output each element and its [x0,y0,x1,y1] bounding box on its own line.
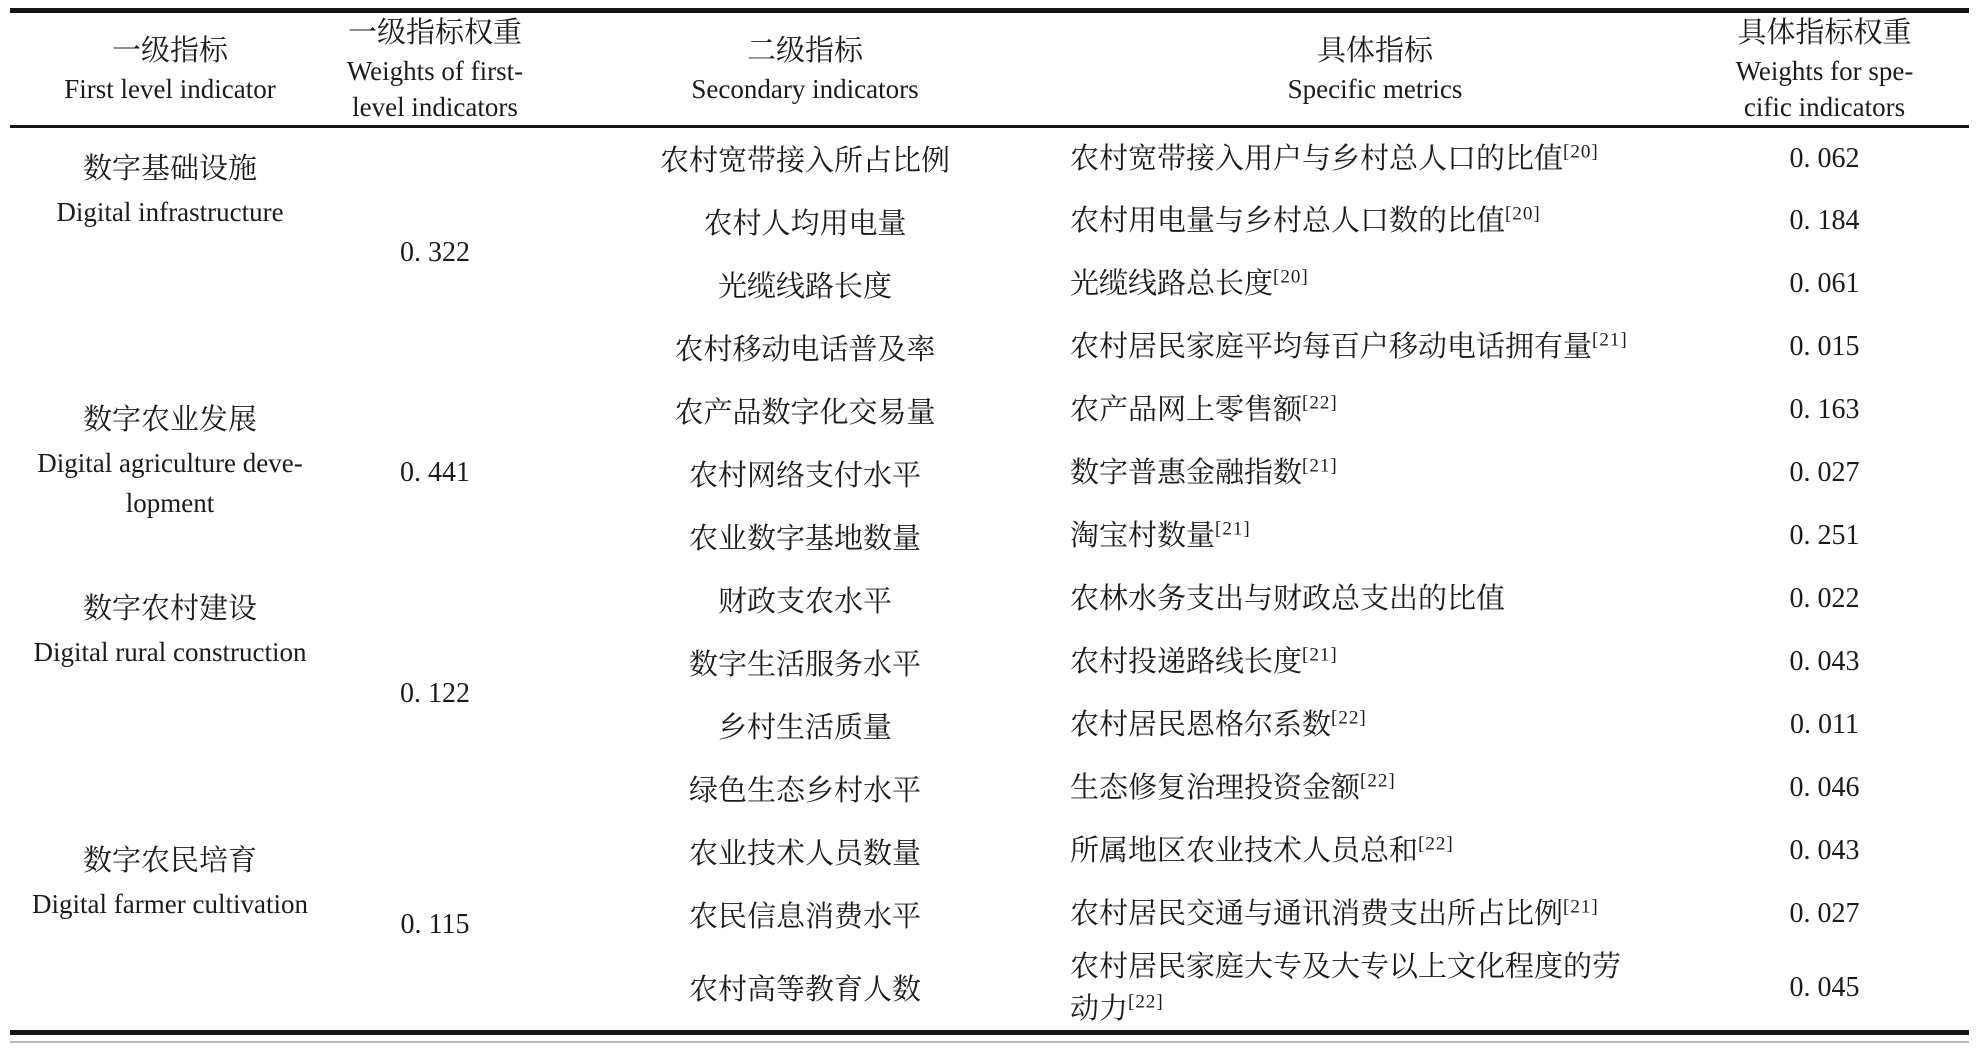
header-specific-weight-zh: 具体指标权重 [1680,14,1969,53]
specific-metric-text: 农村居民交通与通讯消费支出所占比例 [1070,898,1563,930]
specific-metric-cell: 农林水务支出与财政总支出的比值 [1070,568,1680,631]
first-level-name-en: Digital rural construction [10,632,330,672]
specific-metric-text: 农村宽带接入用户与乡村总人口的比值 [1070,143,1563,175]
specific-metric-text: 农村居民家庭大专及大专以上文化程度的劳动力 [1070,951,1621,1025]
specific-weight-value: 0. 163 [1680,379,1969,442]
citation-ref: [22] [1360,770,1396,791]
specific-metric-text: 生态修复治理投资金额 [1070,772,1360,804]
specific-weight-value: 0. 062 [1680,127,1969,190]
specific-metric-cell: 农村宽带接入用户与乡村总人口的比值[20] [1070,127,1680,190]
specific-metric-cell: 农产品网上零售额[22] [1070,379,1680,442]
specific-metric-cell: 所属地区农业技术人员总和[22] [1070,820,1680,883]
specific-metric-cell: 生态修复治理投资金额[22] [1070,757,1680,820]
specific-weight-value: 0. 015 [1680,316,1969,379]
citation-ref: [21] [1302,644,1338,665]
table-row: 数字农业发展Digital agriculture deve-lopment0.… [10,379,1969,442]
secondary-indicator-cell: 光缆线路长度 [540,253,1070,316]
header-first-level-zh: 一级指标 [10,32,330,71]
secondary-indicator-cell: 农村人均用电量 [540,190,1070,253]
header-specific-weight: 具体指标权重 Weights for spe- cific indicators [1680,11,1969,127]
first-level-name-zh: 数字农村建设 [10,586,330,632]
specific-metric-cell: 数字普惠金融指数[21] [1070,442,1680,505]
first-level-indicator-cell: 数字农业发展Digital agriculture deve-lopment [10,379,330,568]
first-level-weight-value: 0. 322 [330,127,540,379]
table-row: 数字基础设施Digital infrastructure0. 322农村宽带接入… [10,127,1969,190]
first-level-weight-value: 0. 122 [330,568,540,820]
citation-ref: [22] [1302,392,1338,413]
header-secondary-zh: 二级指标 [540,32,1070,71]
secondary-indicator-cell: 农业数字基地数量 [540,505,1070,568]
citation-ref: [22] [1331,707,1367,728]
citation-ref: [21] [1563,896,1599,917]
header-specific-metrics: 具体指标 Specific metrics [1070,11,1680,127]
first-level-name-en: Digital infrastructure [10,192,330,232]
specific-weight-value: 0. 184 [1680,190,1969,253]
secondary-indicator-cell: 农业技术人员数量 [540,820,1070,883]
citation-ref: [21] [1215,518,1251,539]
specific-metric-text: 农产品网上零售额 [1070,394,1302,426]
first-level-indicator-cell: 数字基础设施Digital infrastructure [10,127,330,379]
header-first-level-weight-zh: 一级指标权重 [330,14,540,53]
first-level-name-zh: 数字农业发展 [10,397,330,443]
specific-metric-text: 农村居民家庭平均每百户移动电话拥有量 [1070,331,1592,363]
first-level-indicator-cell: 数字农村建设Digital rural construction [10,568,330,820]
table-row: 数字农民培育Digital farmer cultivation0. 115农业… [10,820,1969,883]
first-level-name-en: lopment [10,483,330,523]
header-secondary-en: Secondary indicators [540,71,1070,107]
bottom-thin-rule [10,1041,1969,1043]
specific-metric-text: 数字普惠金融指数 [1070,457,1302,489]
first-level-weight-value: 0. 115 [330,820,540,1033]
header-row: 一级指标 First level indicator 一级指标权重 Weight… [10,11,1969,127]
header-specific-en: Specific metrics [1070,71,1680,107]
specific-metric-text: 农村居民恩格尔系数 [1070,709,1331,741]
first-level-name-zh: 数字基础设施 [10,146,330,192]
specific-weight-value: 0. 027 [1680,883,1969,946]
specific-weight-value: 0. 045 [1680,946,1969,1033]
specific-weight-value: 0. 043 [1680,631,1969,694]
secondary-indicator-cell: 农产品数字化交易量 [540,379,1070,442]
header-first-level-indicator: 一级指标 First level indicator [10,11,330,127]
header-specific-weight-en-line2: cific indicators [1680,89,1969,125]
citation-ref: [21] [1302,455,1338,476]
specific-weight-value: 0. 043 [1680,820,1969,883]
specific-metric-cell: 农村用电量与乡村总人口数的比值[20] [1070,190,1680,253]
specific-metric-cell: 农村居民交通与通讯消费支出所占比例[21] [1070,883,1680,946]
specific-metric-cell: 农村居民家庭大专及大专以上文化程度的劳动力[22] [1070,946,1680,1033]
header-secondary-indicator: 二级指标 Secondary indicators [540,11,1070,127]
specific-weight-value: 0. 022 [1680,568,1969,631]
specific-metric-text: 淘宝村数量 [1070,520,1215,552]
specific-metric-text: 光缆线路总长度 [1070,268,1273,300]
secondary-indicator-cell: 绿色生态乡村水平 [540,757,1070,820]
header-first-level-weight-en-line2: level indicators [330,89,540,125]
specific-metric-cell: 光缆线路总长度[20] [1070,253,1680,316]
first-level-name-en: Digital farmer cultivation [10,884,330,924]
specific-metric-text: 所属地区农业技术人员总和 [1070,835,1418,867]
citation-ref: [22] [1128,991,1164,1012]
indicator-weight-table: 一级指标 First level indicator 一级指标权重 Weight… [10,8,1969,1035]
specific-metric-text: 农林水务支出与财政总支出的比值 [1070,583,1505,615]
table-row: 数字农村建设Digital rural construction0. 122财政… [10,568,1969,631]
specific-metric-cell: 淘宝村数量[21] [1070,505,1680,568]
table-header: 一级指标 First level indicator 一级指标权重 Weight… [10,11,1969,127]
secondary-indicator-cell: 数字生活服务水平 [540,631,1070,694]
specific-weight-value: 0. 027 [1680,442,1969,505]
specific-metric-text: 农村投递路线长度 [1070,646,1302,678]
specific-metric-cell: 农村投递路线长度[21] [1070,631,1680,694]
header-specific-zh: 具体指标 [1070,32,1680,71]
specific-metric-text: 农村用电量与乡村总人口数的比值 [1070,205,1505,237]
citation-ref: [22] [1418,833,1454,854]
secondary-indicator-cell: 农村高等教育人数 [540,946,1070,1033]
specific-metric-cell: 农村居民恩格尔系数[22] [1070,694,1680,757]
first-level-name-en: Digital agriculture deve- [10,443,330,483]
header-first-level-weight: 一级指标权重 Weights of first- level indicator… [330,11,540,127]
secondary-indicator-cell: 乡村生活质量 [540,694,1070,757]
secondary-indicator-cell: 农村网络支付水平 [540,442,1070,505]
specific-metric-cell: 农村居民家庭平均每百户移动电话拥有量[21] [1070,316,1680,379]
secondary-indicator-cell: 农民信息消费水平 [540,883,1070,946]
citation-ref: [21] [1592,329,1628,350]
specific-weight-value: 0. 251 [1680,505,1969,568]
citation-ref: [20] [1563,141,1599,162]
header-specific-weight-en-line1: Weights for spe- [1680,53,1969,89]
citation-ref: [20] [1273,266,1309,287]
specific-weight-value: 0. 046 [1680,757,1969,820]
specific-weight-value: 0. 011 [1680,694,1969,757]
header-first-level-en: First level indicator [10,71,330,107]
first-level-indicator-cell: 数字农民培育Digital farmer cultivation [10,820,330,1033]
secondary-indicator-cell: 农村移动电话普及率 [540,316,1070,379]
citation-ref: [20] [1505,203,1541,224]
header-first-level-weight-en-line1: Weights of first- [330,53,540,89]
specific-weight-value: 0. 061 [1680,253,1969,316]
secondary-indicator-cell: 农村宽带接入所占比例 [540,127,1070,190]
first-level-name-zh: 数字农民培育 [10,838,330,884]
table-body: 数字基础设施Digital infrastructure0. 322农村宽带接入… [10,127,1969,1033]
first-level-weight-value: 0. 441 [330,379,540,568]
secondary-indicator-cell: 财政支农水平 [540,568,1070,631]
